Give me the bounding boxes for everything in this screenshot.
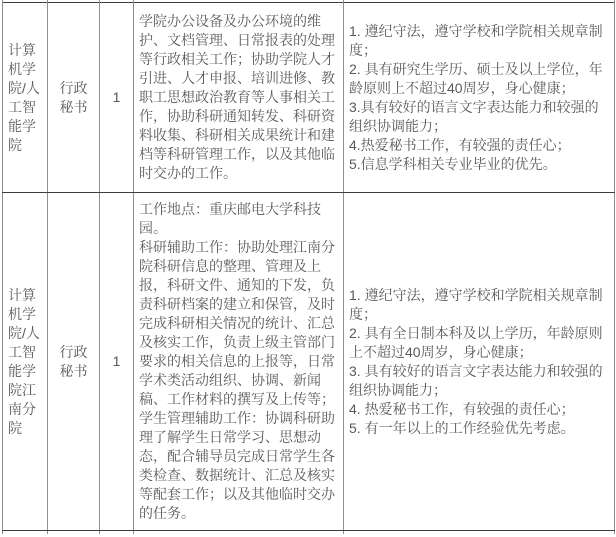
table-row: 计算机学院/人工智能学院江南分院 行政秘书 1 工作地点：重庆邮电大学科技园。 … bbox=[3, 193, 615, 531]
position-cell: 行政秘书 bbox=[48, 193, 100, 531]
spacer-cell bbox=[100, 531, 134, 535]
clipped-row-bottom bbox=[3, 531, 615, 535]
job-postings-table: 计算机学院/人工智能学院 行政秘书 1 学院办公设备及办公环境的维护、文档管理、… bbox=[2, 0, 615, 534]
requirements-cell: 1. 遵纪守法，遵守学校和学院相关规章制度； 2. 具有全日制本科及以上学历，年… bbox=[344, 193, 615, 531]
spacer-cell bbox=[344, 531, 615, 535]
requirements-cell: 1. 遵纪守法，遵守学校和学院相关规章制度； 2. 具有研究生学历、硕士及以上学… bbox=[344, 3, 615, 193]
headcount-cell: 1 bbox=[100, 193, 134, 531]
table-row: 计算机学院/人工智能学院 行政秘书 1 学院办公设备及办公环境的维护、文档管理、… bbox=[3, 3, 615, 193]
duties-cell: 学院办公设备及办公环境的维护、文档管理、日常报表的处理等行政相关工作；协助学院人… bbox=[134, 3, 344, 193]
department-cell: 计算机学院/人工智能学院江南分院 bbox=[3, 193, 48, 531]
department-cell: 计算机学院/人工智能学院 bbox=[3, 3, 48, 193]
duties-cell: 工作地点：重庆邮电大学科技园。 科研辅助工作：协助处理江南分院科研信息的整理、管… bbox=[134, 193, 344, 531]
recruitment-table-page: 计算机学院/人工智能学院 行政秘书 1 学院办公设备及办公环境的维护、文档管理、… bbox=[0, 0, 616, 537]
position-cell: 行政秘书 bbox=[48, 3, 100, 193]
spacer-cell bbox=[3, 531, 48, 535]
spacer-cell bbox=[48, 531, 100, 535]
spacer-cell bbox=[134, 531, 344, 535]
headcount-cell: 1 bbox=[100, 3, 134, 193]
